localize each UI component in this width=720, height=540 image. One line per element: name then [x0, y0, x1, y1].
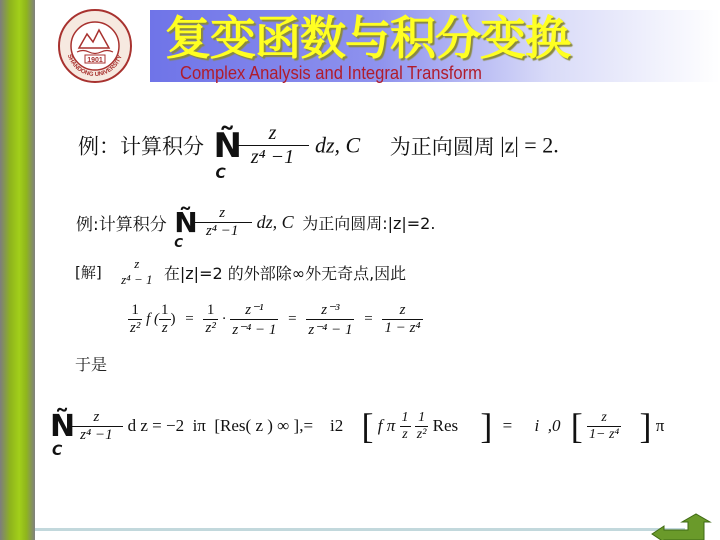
example1-suffix: 为正向圆周 [390, 135, 495, 159]
example1-prefix: 例：计算积分 [78, 135, 204, 159]
solution-line: [解] z z⁴ − 1 在|z|=2 的外部除∞外无奇点,因此 [75, 256, 406, 288]
contour-label: C [216, 166, 226, 182]
frac-z-over-1-z4: z1− z⁴ [587, 410, 621, 443]
pi-symbol: π [656, 416, 665, 435]
example2-suffix: 为正向圆周:|z|=2. [302, 214, 435, 233]
f-of: f ( [146, 311, 159, 327]
f-pi: f π [378, 416, 396, 435]
university-logo-icon: 1901 SHANDONG UNIVERSITY [57, 8, 133, 84]
bracket-open: [ [571, 406, 583, 446]
equals: = [364, 311, 372, 327]
equals: = [288, 311, 296, 327]
course-title-cn: 复变函数与积分变换 [165, 10, 570, 66]
svg-text:1901: 1901 [87, 57, 103, 64]
result-part3: i ,0 [535, 416, 561, 435]
result-fraction: z z⁴ −1 [69, 409, 123, 444]
solution-text: 在|z|=2 的外部除∞外无奇点,因此 [164, 264, 406, 283]
return-arrow-icon[interactable] [650, 512, 720, 540]
course-title-en: Complex Analysis and Integral Transform [180, 63, 482, 83]
example2-fraction: z z⁴ −1 [192, 205, 252, 240]
therefore-text: 于是 [75, 352, 107, 375]
frac-1-over-z2: 1z² [415, 410, 429, 443]
bracket-close: ] [480, 406, 492, 446]
equals: = [503, 416, 513, 435]
fraction-1-over-z2-b: 1z² [203, 302, 217, 337]
left-decorative-strip [0, 0, 35, 540]
example2-after: dz, C [257, 212, 294, 232]
example2-prefix: 例:计算积分 [76, 215, 167, 235]
fraction-z-over-1-z4: z1 − z⁴ [382, 302, 422, 337]
transform-line: 1z² f (1z) = 1z² · z⁻¹z⁻⁴ − 1 = z⁻³z⁻⁴ −… [128, 300, 423, 339]
frac-1-over-z: 1z [400, 410, 411, 443]
solution-label: [解] [75, 264, 102, 282]
fraction-zinv: z⁻¹z⁻⁴ − 1 [230, 300, 278, 339]
dot: · [222, 311, 227, 327]
bracket-open: [ [362, 406, 374, 446]
res-text: Res [433, 416, 459, 435]
result-part1: d z = −2 iπ [Res( z ) ∞ ],= i2 [128, 416, 344, 435]
fraction-1-over-z2: 1z² [128, 302, 142, 337]
contour-label: C [174, 236, 183, 250]
example1-line: 例：计算积分 Ñ C z z⁴ −1 dz, C 为正向圆周 |z| = 2. [78, 122, 559, 169]
result-line: Ñ C z z⁴ −1 d z = −2 iπ [Res( z ) ∞ ],= … [50, 405, 664, 447]
contour-label: C [52, 443, 62, 459]
equals: = [185, 311, 193, 327]
example1-condition: |z| = 2. [500, 133, 558, 158]
solution-fraction: z z⁴ − 1 [119, 256, 154, 288]
footer-divider [35, 528, 685, 531]
bracket-close: ] [640, 406, 652, 446]
example1-after: dz, C [315, 133, 360, 158]
fraction-1-over-z: 1z [159, 302, 171, 337]
example1-fraction: z z⁴ −1 [235, 122, 309, 169]
example2-line: 例:计算积分 Ñ C z z⁴ −1 dz, C 为正向圆周:|z|=2. [76, 205, 435, 240]
fraction-zinv3: z⁻³z⁻⁴ − 1 [306, 300, 354, 339]
close-paren: ) [171, 311, 176, 327]
